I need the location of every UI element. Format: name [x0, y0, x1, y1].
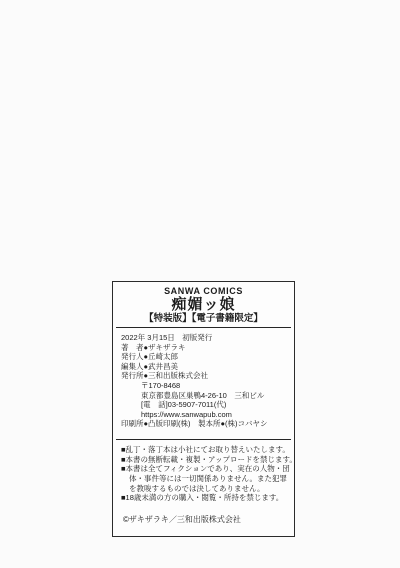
copyright-line: ©ザキザラキ／三和出版株式会社 — [113, 515, 294, 525]
publication-line: 東京都豊島区巣鴨4-26-10 三和ビル — [121, 391, 292, 401]
publication-info: 2022年 3月15日 初版発行著 者●ザキザラキ発行人●丘崎太郎編集人●武井昌… — [113, 328, 294, 429]
notices: ■乱丁・落丁本は小社にてお取り替えいたします。■本書の無断転載・複製・アップロー… — [113, 440, 294, 503]
publication-line: https://www.sanwapub.com — [121, 410, 292, 420]
publication-line: 発行人●丘崎太郎 — [121, 352, 292, 362]
publication-line: 〒170-8468 — [121, 381, 292, 391]
notice-line: ■本書は全てフィクションであり、実在の人物・団 — [121, 464, 291, 474]
publication-line: 印刷所●凸版印刷(株) 製本所●(株)コバヤシ — [121, 419, 292, 429]
publication-line: 発行所●三和出版株式会社 — [121, 371, 292, 381]
publication-line: 編集人●武井昌美 — [121, 362, 292, 372]
notice-line: を教唆するものでは決してありません。 — [121, 484, 291, 494]
colophon-header: SANWA COMICS 痴媚ッ娘 【特装版】【電子書籍限定】 — [113, 282, 294, 324]
publication-line: 著 者●ザキザラキ — [121, 343, 292, 353]
publication-line: 2022年 3月15日 初版発行 — [121, 333, 292, 343]
notice-line: ■乱丁・落丁本は小社にてお取り替えいたします。 — [121, 445, 291, 455]
book-title: 痴媚ッ娘 — [113, 297, 294, 313]
notice-line: ■本書の無断転載・複製・アップロードを禁じます。 — [121, 455, 291, 465]
publication-line: [電 話]03-5907-7011(代) — [121, 400, 292, 410]
colophon-box: SANWA COMICS 痴媚ッ娘 【特装版】【電子書籍限定】 2022年 3月… — [112, 281, 295, 537]
notice-line: ■18歳未満の方の購入・閲覧・所持を禁じます。 — [121, 493, 291, 503]
notice-line: 体・事件等には一切関係ありません。また犯罪 — [121, 474, 291, 484]
edition-label: 【特装版】【電子書籍限定】 — [113, 313, 294, 324]
